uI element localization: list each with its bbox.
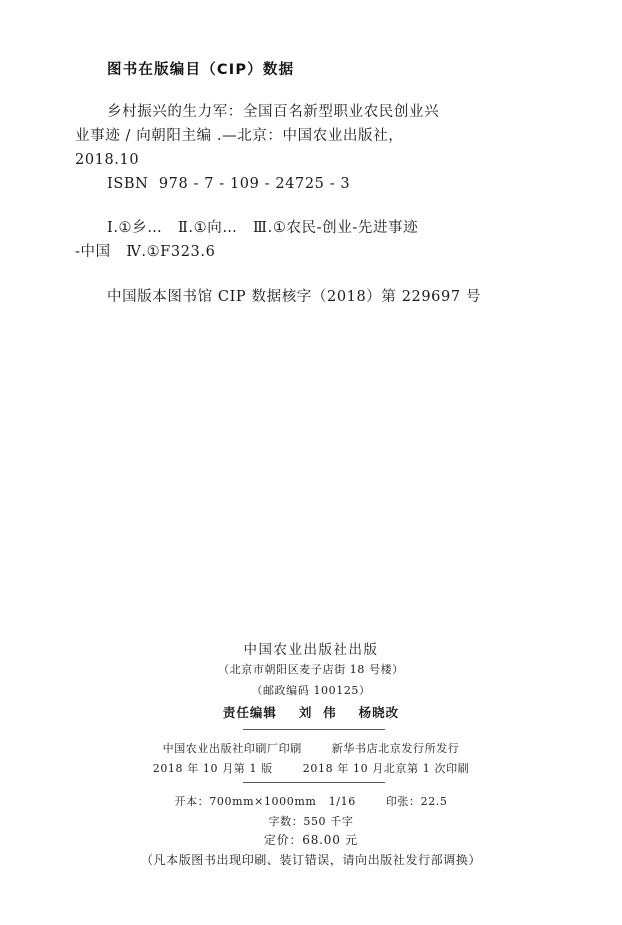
publisher-name: 中国农业出版社出版 — [0, 638, 622, 658]
edition: 2018 年 10 月第 1 版 — [153, 762, 273, 775]
divider-bottom — [243, 782, 385, 783]
cip-title-line-1: 乡村振兴的生力军：全国百名新型职业农民创业兴 — [107, 103, 439, 121]
printed-sheets: 印张：22.5 — [386, 795, 448, 808]
word-count: 字数：550 千字 — [0, 813, 622, 829]
edition-row: 2018 年 10 月第 1 版2018 年 10 月北京第 1 次印刷 — [0, 760, 622, 776]
divider-top — [243, 729, 385, 730]
distributor: 新华书店北京发行所发行 — [332, 742, 460, 755]
cip-heading: 图书在版编目（CIP）数据 — [107, 58, 294, 79]
printer: 中国农业出版社印刷厂印刷 — [163, 742, 302, 755]
cip-subject-line-1: Ⅰ.①乡… Ⅱ.①向… Ⅲ.①农民-创业-先进事迹 — [107, 219, 418, 237]
price: 定价：68.00 元 — [0, 831, 622, 848]
printing-row: 中国农业出版社印刷厂印刷新华书店北京发行所发行 — [0, 740, 622, 756]
book-format: 开本：700mm×1000mm 1/16 — [174, 795, 355, 808]
editor-1: 刘 伟 — [299, 705, 337, 720]
misprint-notice: （凡本版图书出现印刷、装订错误，请向出版社发行部调换） — [0, 851, 622, 868]
publisher-address: （北京市朝阳区麦子店街 18 号楼） — [0, 661, 622, 677]
cip-subject-line-2: -中国 Ⅳ.①F323.6 — [75, 243, 215, 261]
publisher-postcode: （邮政编码 100125） — [0, 682, 622, 698]
impression: 2018 年 10 月北京第 1 次印刷 — [303, 762, 469, 775]
editor-2: 杨晓改 — [359, 705, 400, 720]
cip-record-number: 中国版本图书馆 CIP 数据核字（2018）第 229697 号 — [107, 288, 481, 306]
cip-publication-date: 2018.10 — [75, 151, 139, 169]
editors-label: 责任编辑 — [223, 705, 277, 720]
responsible-editors: 责任编辑刘 伟杨晓改 — [0, 703, 622, 721]
format-row: 开本：700mm×1000mm 1/16印张：22.5 — [0, 793, 622, 809]
cip-isbn: ISBN 978 - 7 - 109 - 24725 - 3 — [107, 175, 350, 193]
cip-title-line-2: 业事迹 / 向朝阳主编 .—北京：中国农业出版社， — [75, 127, 403, 145]
